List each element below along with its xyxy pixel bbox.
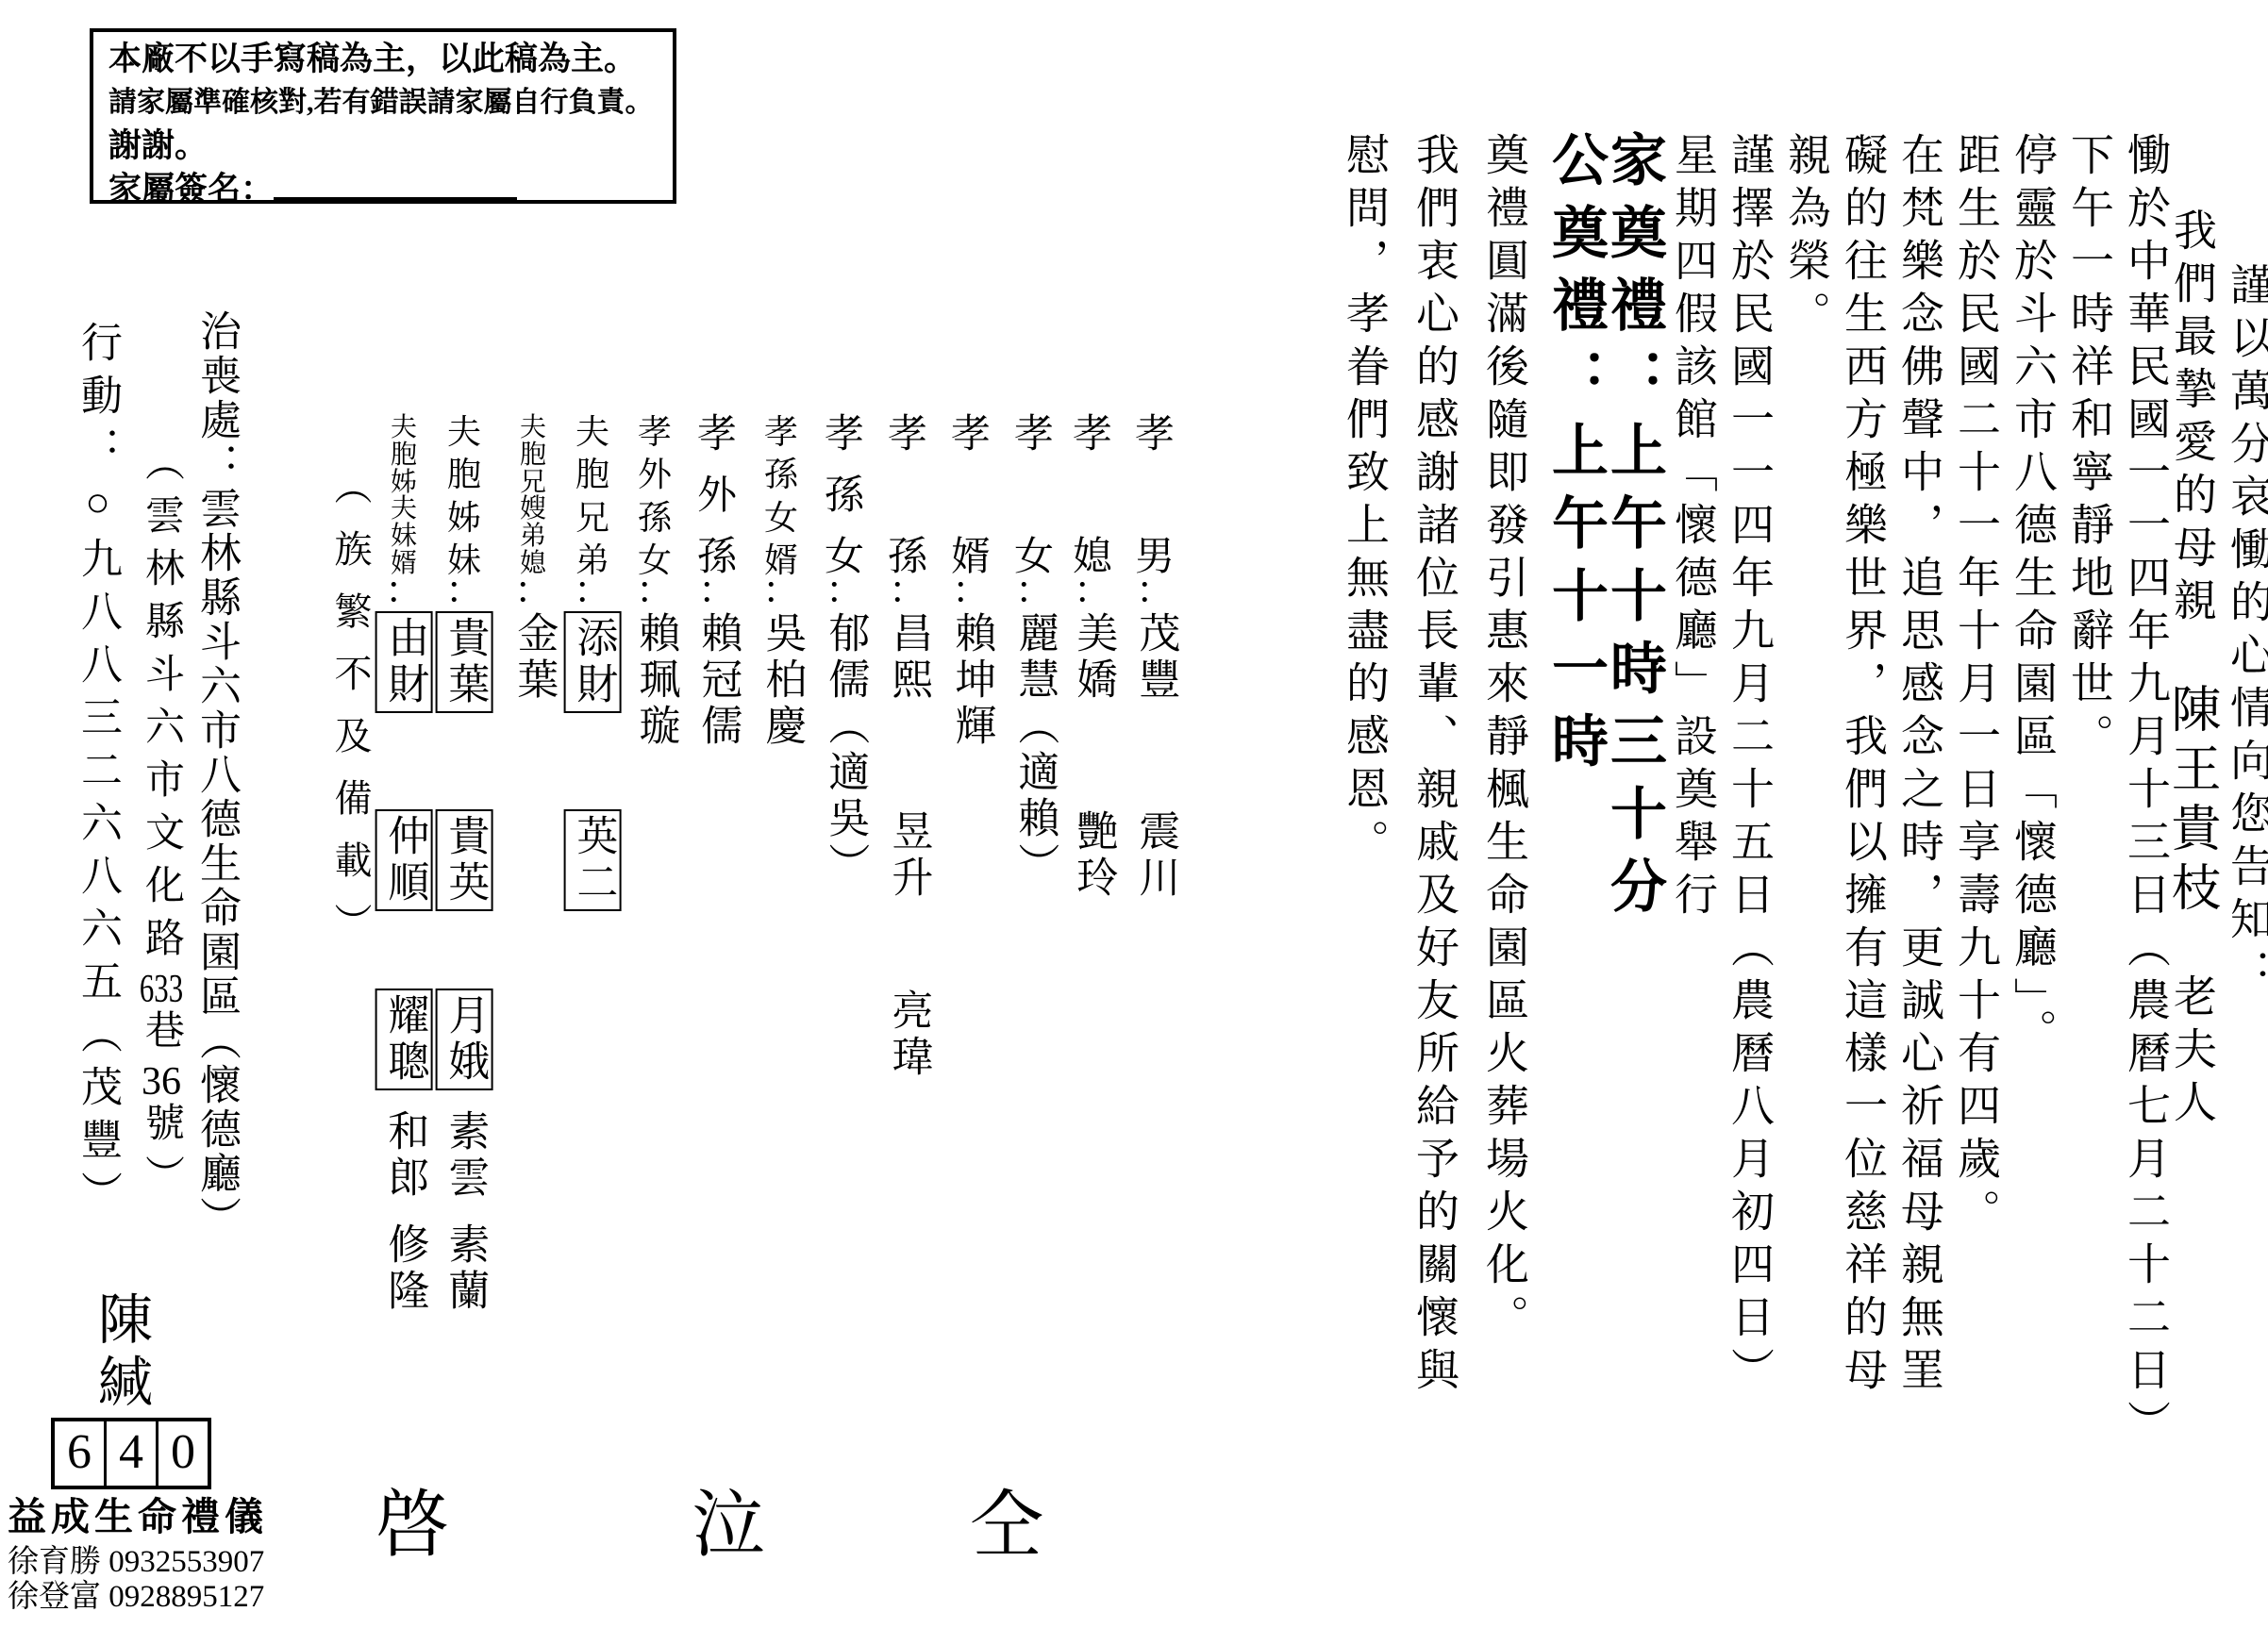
announcement-body-column: 停靈於斗六市八德生命園區「懷德廳」。 [2003, 132, 2061, 1061]
family-relation-label: 孝男 [1125, 415, 1185, 577]
family-column: 孝男：茂豐震川 [1125, 415, 1185, 1387]
funeral-home-contact-1: 徐育勝 0932553907 [8, 1547, 264, 1578]
postal-digit-2: 4 [107, 1421, 158, 1486]
family-label-char: 孫 [825, 476, 864, 516]
family-relation-label: 孝婿 [941, 415, 1001, 577]
family-name-note: （適吳） [822, 704, 868, 889]
family-label-char: 胞 [520, 442, 546, 469]
notice-line-3: 謝謝。 [108, 125, 673, 168]
family-label-colon: ： [1004, 577, 1064, 604]
family-label-char: 孝 [1073, 415, 1112, 455]
funeral-home-name: 益成生命禮儀 [8, 1498, 268, 1537]
family-label-char: 孫 [764, 457, 798, 491]
signature-label: 家屬簽名： [108, 171, 274, 208]
family-name-boxed: 添財 [564, 611, 622, 713]
family-column: 夫胞姊夫妹婿：由財仲順耀聰和郎修隆 [374, 415, 434, 1387]
family-label-colon: ： [503, 577, 563, 604]
family-label-char: 孝 [1135, 415, 1175, 455]
family-column: 夫胞兄弟：添財英二 [562, 415, 623, 1387]
family-relation-label: 夫胞兄弟 [562, 415, 623, 577]
family-name-boxed: 貴英 [436, 809, 493, 911]
family-label-colon: ： [374, 577, 434, 604]
family-label-char: 兄 [575, 501, 609, 535]
family-label-colon: ： [1125, 577, 1185, 604]
family-name: 素雲 [440, 1109, 490, 1202]
announcement-body-column: 星期四假該館「懷德廳」設奠舉行 [1663, 132, 1722, 924]
family-label-colon: ： [625, 577, 685, 604]
family-relation-label: 孝媳 [1062, 415, 1123, 577]
deceased-prefix: 我們最摯愛的母親 [2168, 208, 2216, 683]
family-column: 孝孫：昌熙昱升亮瑋 [877, 415, 938, 1387]
postal-code-box: 6 4 0 [51, 1418, 211, 1489]
address-prefix: （雲林縣斗六市文化路 [140, 441, 183, 970]
family-name: 賴坤輝 [946, 611, 996, 750]
family-label-colon: ： [941, 577, 1001, 604]
mobile-phone-column: 行動：○九八八三二六八六五（茂豐） [68, 321, 126, 1223]
deceased-suffix: 老夫人 [2168, 921, 2216, 1132]
family-name: 賴冠儒 [692, 611, 742, 750]
family-label-char: 夫 [391, 415, 417, 441]
announcement-closing-column: 我們衷心的感謝諸位長輩、親戚及好友所給予的關懷與 [1405, 132, 1463, 1400]
family-label-char: 孝 [638, 415, 672, 449]
announcement-body-column: 慟於中華民國一一四年九月十三日（農曆七月二十二日） [2116, 132, 2175, 1453]
family-name-boxed: 英二 [564, 809, 622, 911]
family-name: 茂豐 [1130, 611, 1180, 704]
sender-seal: 陳緘 [91, 1290, 149, 1415]
family-label-char: 夫 [575, 415, 609, 449]
family-name: 震川 [1130, 809, 1180, 902]
family-name: 賴珮璇 [630, 611, 680, 750]
family-label-char: 嫂 [520, 496, 546, 523]
family-name: 麗慧（適賴） [1009, 611, 1059, 889]
notice-line-1: 本廠不以手寫稿為主，以此稿為主。 [108, 38, 673, 81]
family-name: 美嬌 [1068, 611, 1118, 704]
family-label-char: 姊 [391, 470, 417, 496]
family-label-char: 兄 [520, 470, 546, 496]
announcement-body-column: 距生於民國二十一年十月一日享壽九十有四歲。 [1946, 132, 2005, 1241]
family-service-column: 家奠禮：上午十時三十分 [1602, 130, 1666, 929]
family-label-char: 夫 [447, 415, 481, 449]
family-column: 孝外孫女：賴珮璇 [625, 415, 685, 1387]
announcement-body-column: 謹擇於民國一一四年九月二十五日（農曆八月初四日） [1720, 132, 1778, 1400]
signature-blank-line [274, 171, 517, 200]
family-name-boxed: 貴葉 [436, 611, 493, 713]
family-name: 艷玲 [1068, 809, 1118, 902]
family-column: 孝外孫：賴冠儒 [687, 415, 747, 1387]
family-relation-label: 孝孫 [877, 415, 938, 577]
family-name: 亮瑋 [883, 989, 933, 1081]
closing-char-tong: 仝 [970, 1488, 1043, 1562]
family-column: 孝孫女婿：吳柏慶 [751, 415, 811, 1387]
funeral-notice-page: { "notice_box": { "lines": [ "本廠不以手寫稿為主，… [0, 0, 2268, 1645]
family-label-char: 胞 [391, 442, 417, 469]
family-column: 孝媳：美嬌艷玲 [1062, 415, 1123, 1387]
postal-digit-3: 0 [158, 1421, 208, 1486]
family-name-boxed: 由財 [375, 611, 433, 713]
family-column: 夫胞兄嫂弟媳：金葉 [503, 415, 563, 1387]
family-label-char: 孝 [764, 415, 798, 449]
family-label-char: 外 [638, 457, 672, 491]
family-label-colon: ： [751, 577, 811, 604]
announcement-body-column: 在梵樂念佛聲中，追思感念之時，更誠心祈福母親無罣 [1890, 132, 1948, 1400]
family-column: 孝孫女：郁儒（適吳） [814, 415, 875, 1387]
family-relation-label: 夫胞姊夫妹婿 [374, 415, 434, 577]
public-service-column: 公奠禮：上午十一時 [1543, 130, 1608, 784]
family-name-boxed: 耀聰 [375, 989, 433, 1090]
family-label-char: 孝 [888, 415, 927, 455]
announcement-closing-column: 慰問，孝眷們致上無盡的感恩。 [1335, 132, 1393, 872]
family-footnote: （族繁不及備載） [321, 467, 379, 965]
address-suffix: 號） [140, 1102, 183, 1207]
family-column: 孝女：麗慧（適賴） [1004, 415, 1064, 1387]
notice-box: 本廠不以手寫稿為主，以此稿為主。 請家屬準確核對,若有錯誤請家屬自行負責。 謝謝… [90, 28, 676, 204]
family-label-char: 孝 [1014, 415, 1054, 455]
family-label-char: 弟 [520, 523, 546, 550]
family-label-char: 女 [764, 501, 798, 535]
family-label-char: 孝 [825, 415, 864, 455]
family-name: 吳柏慶 [757, 611, 807, 750]
closing-char-qi2: 泣 [692, 1488, 765, 1562]
funeral-location-column: 治喪處：雲林縣斗六市八德生命園區（懷德廳） [187, 309, 245, 1240]
family-label-char: 姊 [447, 501, 481, 535]
funeral-home-contact-2: 徐登富 0928895127 [8, 1582, 264, 1613]
family-label-char: 外 [697, 476, 737, 516]
family-name: 郁儒（適吳） [820, 611, 870, 889]
family-label-char: 胞 [575, 457, 609, 491]
closing-char-qi: 啓 [375, 1488, 449, 1562]
family-label-colon: ： [1062, 577, 1123, 604]
family-label-char: 夫 [391, 496, 417, 523]
family-label-char: 夫 [520, 415, 546, 441]
family-name-note: （適賴） [1011, 704, 1058, 889]
family-relation-label: 孝女 [1004, 415, 1064, 577]
postal-digit-1: 6 [55, 1421, 107, 1486]
family-name-boxed: 月娥 [436, 989, 493, 1090]
family-label-char: 孫 [638, 501, 672, 535]
family-relation-label: 夫胞兄嫂弟媳 [503, 415, 563, 577]
family-relation-label: 孝孫女婿 [751, 415, 811, 577]
announcement-body-column: 礙的往生西方極樂世界，我們以擁有這樣一位慈祥的母 [1833, 132, 1892, 1400]
family-label-char: 胞 [447, 457, 481, 491]
family-relation-label: 夫胞姊妹 [434, 415, 494, 577]
family-name: 金葉 [509, 611, 559, 704]
family-name: 和郎 [379, 1109, 429, 1202]
family-relation-label: 孝外孫女 [625, 415, 685, 577]
signature-row: 家屬簽名： [108, 168, 673, 211]
family-label-char: 妹 [391, 523, 417, 550]
announcement-intro-column: 謹以萬分哀慟的心情向您告知： [2219, 262, 2268, 1002]
announcement-closing-column: 奠禮圓滿後隨即發引惠來靜楓生命園區火葬場火化。 [1475, 132, 1533, 1347]
family-label-char: 孝 [951, 415, 991, 455]
family-label-colon: ： [877, 577, 938, 604]
family-name: 修隆 [379, 1222, 429, 1315]
family-label-colon: ： [562, 577, 623, 604]
family-name: 素蘭 [440, 1222, 490, 1315]
funeral-address-column: （雲林縣斗六市文化路633巷36號） [132, 441, 191, 1207]
family-name: 昌熙 [883, 611, 933, 704]
family-name: 昱升 [883, 809, 933, 902]
family-label-colon: ： [687, 577, 747, 604]
announcement-body-column: 親為榮。 [1776, 132, 1835, 343]
announcement-body-column: 下午一時祥和寧靜地辭世。 [2060, 132, 2118, 766]
family-column: 孝婿：賴坤輝 [941, 415, 1001, 1387]
family-name-boxed: 仲順 [375, 809, 433, 911]
notice-line-2: 請家屬準確核對,若有錯誤請家屬自行負責。 [108, 81, 673, 125]
address-house-number: 36 [140, 1062, 183, 1102]
family-label-char: 孝 [697, 415, 737, 455]
family-label-colon: ： [434, 577, 494, 604]
address-lane-char: 巷 [140, 1009, 183, 1062]
family-relation-label: 孝孫女 [814, 415, 875, 577]
family-relation-label: 孝外孫 [687, 415, 747, 577]
family-label-colon: ： [814, 577, 875, 604]
address-lane-number: 633 [140, 970, 183, 1009]
family-column: 夫胞姊妹：貴葉貴英月娥素雲素蘭 [434, 415, 494, 1387]
